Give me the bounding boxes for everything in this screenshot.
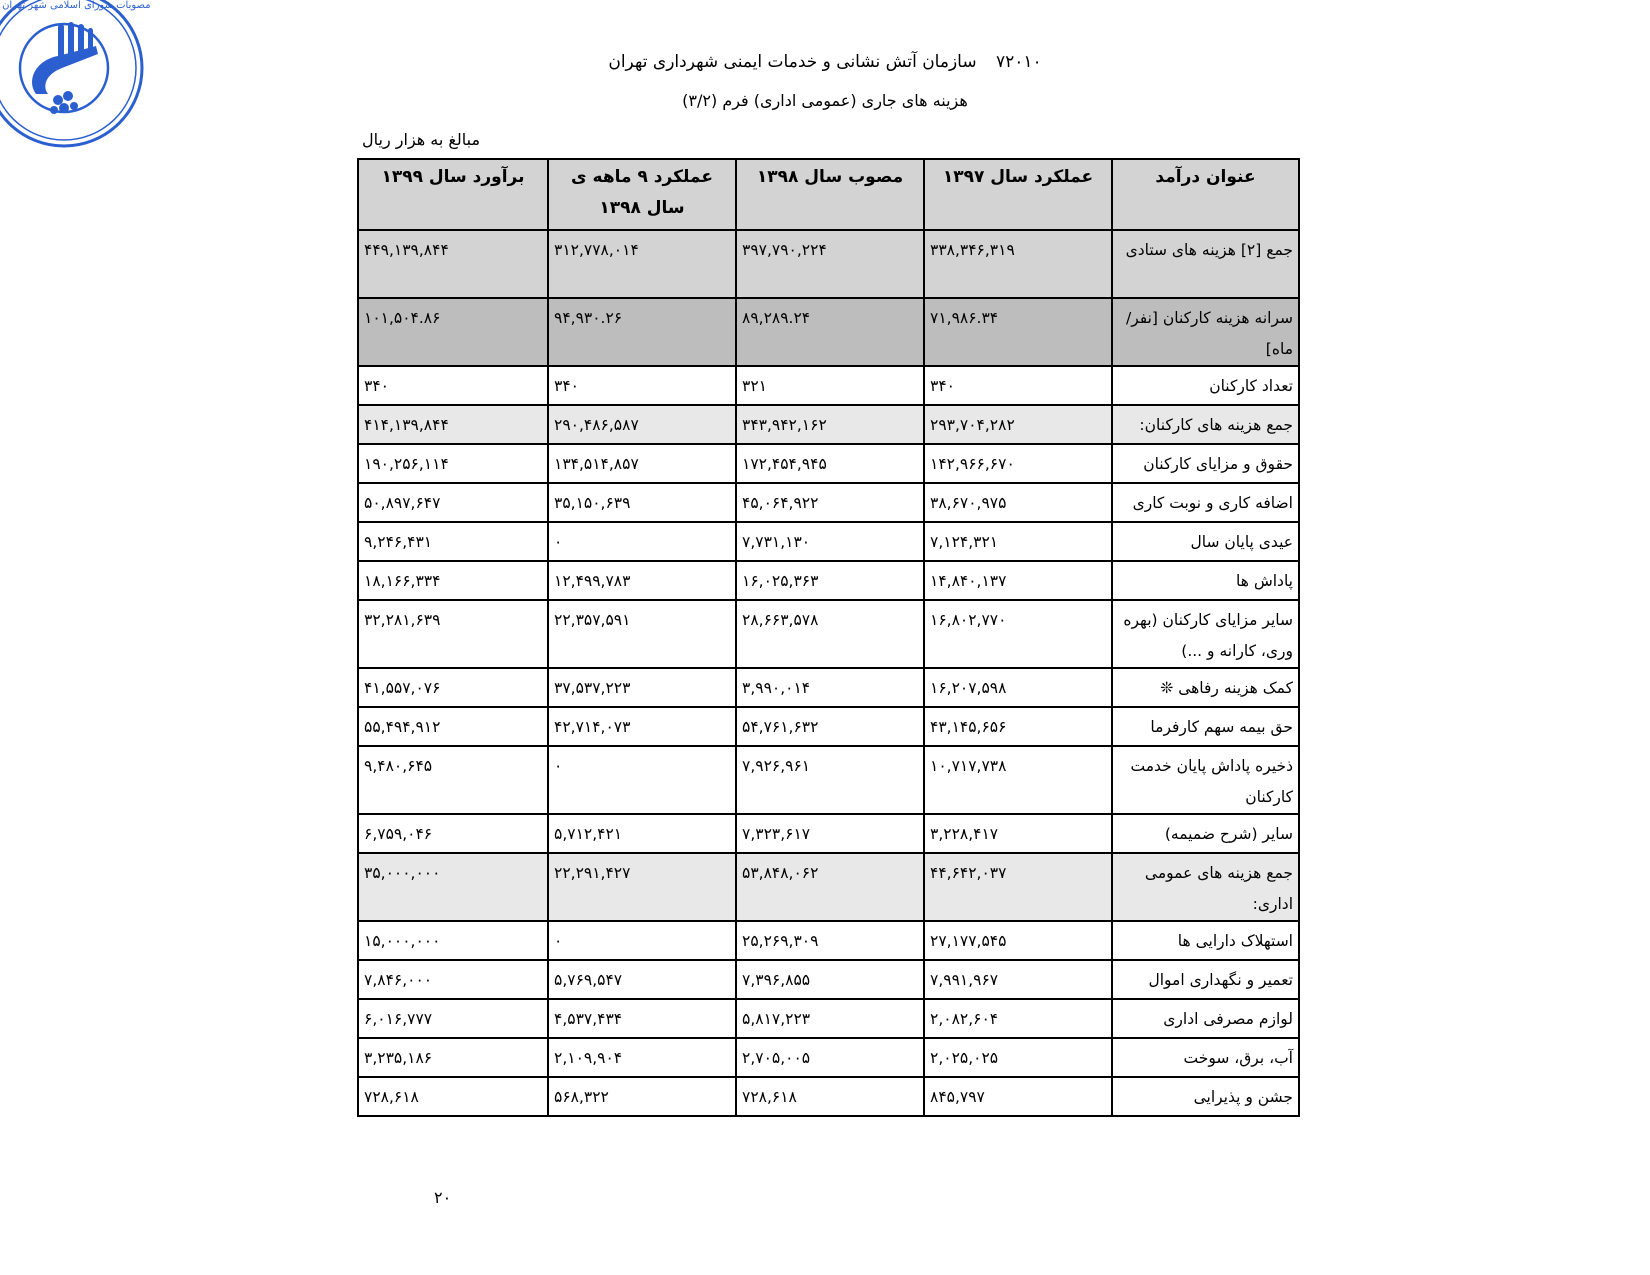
table-row: حق بیمه سهم کارفرما۴۳,۱۴۵,۶۵۶۵۴,۷۶۱,۶۳۲۴… bbox=[358, 707, 1299, 746]
row-value: ۱۳۴,۵۱۴,۸۵۷ bbox=[548, 444, 736, 483]
row-value: ۴۵,۰۶۴,۹۲۲ bbox=[736, 483, 924, 522]
row-value: ۷,۷۳۱,۱۳۰ bbox=[736, 522, 924, 561]
document-title: ۷۲۰۱۰ سازمان آتش نشانی و خدمات ایمنی شهر… bbox=[0, 52, 1650, 72]
table-row: ذخیره پاداش پایان خدمت کارکنان۱۰,۷۱۷,۷۳۸… bbox=[358, 746, 1299, 814]
row-value: ۵۰,۸۹۷,۶۴۷ bbox=[358, 483, 548, 522]
row-value: ۳۸,۶۷۰,۹۷۵ bbox=[924, 483, 1112, 522]
table-row: سرانه هزینه کارکنان [نفر/ماه]۷۱,۹۸۶.۳۴۸۹… bbox=[358, 298, 1299, 366]
column-header-approved-1398: مصوب سال ۱۳۹۸ bbox=[736, 159, 924, 230]
row-value: ۱۰,۷۱۷,۷۳۸ bbox=[924, 746, 1112, 814]
row-value: ۵۵,۴۹۴,۹۱۲ bbox=[358, 707, 548, 746]
row-value: ۴۴,۶۴۲,۰۳۷ bbox=[924, 853, 1112, 921]
row-value: ۷۱,۹۸۶.۳۴ bbox=[924, 298, 1112, 366]
table-row: حقوق و مزایای کارکنان۱۴۲,۹۶۶,۶۷۰۱۷۲,۴۵۴,… bbox=[358, 444, 1299, 483]
row-value: ۷,۹۹۱,۹۶۷ bbox=[924, 960, 1112, 999]
row-label: حقوق و مزایای کارکنان bbox=[1112, 444, 1299, 483]
row-value: ۳۴۰ bbox=[358, 366, 548, 405]
column-header-9month-1398: عملکرد ۹ ماهه ی سال ۱۳۹۸ bbox=[548, 159, 736, 230]
row-label: جمع هزینه های کارکنان: bbox=[1112, 405, 1299, 444]
row-value: ۳,۹۹۰,۰۱۴ bbox=[736, 668, 924, 707]
row-value: ۴,۵۳۷,۴۳۴ bbox=[548, 999, 736, 1038]
row-value: ۳,۲۳۵,۱۸۶ bbox=[358, 1038, 548, 1077]
row-value: ۲۵,۲۶۹,۳۰۹ bbox=[736, 921, 924, 960]
row-value: ۱۷۲,۴۵۴,۹۴۵ bbox=[736, 444, 924, 483]
row-label: جشن و پذیرایی bbox=[1112, 1077, 1299, 1116]
organization-name: سازمان آتش نشانی و خدمات ایمنی شهرداری ت… bbox=[608, 52, 976, 72]
row-value: ۹۴,۹۳۰.۲۶ bbox=[548, 298, 736, 366]
row-value: ۵۶۸,۳۲۲ bbox=[548, 1077, 736, 1116]
column-header-title: عنوان درآمد bbox=[1112, 159, 1299, 230]
row-value: ۵,۷۶۹,۵۴۷ bbox=[548, 960, 736, 999]
row-value: ۲۸,۶۶۳,۵۷۸ bbox=[736, 600, 924, 668]
row-value: ۳۱۲,۷۷۸,۰۱۴ bbox=[548, 230, 736, 298]
row-value: ۷,۳۲۳,۶۱۷ bbox=[736, 814, 924, 853]
row-value: ۷,۸۴۶,۰۰۰ bbox=[358, 960, 548, 999]
row-label: سایر (شرح ضمیمه) bbox=[1112, 814, 1299, 853]
table-row: تعداد کارکنان۳۴۰۳۲۱۳۴۰۳۴۰ bbox=[358, 366, 1299, 405]
table-row: جمع [۲] هزینه های ستادی۳۳۸,۳۴۶,۳۱۹۳۹۷,۷۹… bbox=[358, 230, 1299, 298]
row-label: اضافه کاری و نوبت کاری bbox=[1112, 483, 1299, 522]
row-value: ۱۴۲,۹۶۶,۶۷۰ bbox=[924, 444, 1112, 483]
page-number: ۲۰ bbox=[434, 1188, 451, 1207]
row-value: ۳۴۰ bbox=[924, 366, 1112, 405]
table-row: جمع هزینه های کارکنان:۲۹۳,۷۰۴,۲۸۲۳۴۳,۹۴۲… bbox=[358, 405, 1299, 444]
row-value: ۶,۷۵۹,۰۴۶ bbox=[358, 814, 548, 853]
table-row: اضافه کاری و نوبت کاری۳۸,۶۷۰,۹۷۵۴۵,۰۶۴,۹… bbox=[358, 483, 1299, 522]
row-label: لوازم مصرفی اداری bbox=[1112, 999, 1299, 1038]
row-value: ۳,۲۲۸,۴۱۷ bbox=[924, 814, 1112, 853]
table-row: استهلاک دارایی ها۲۷,۱۷۷,۵۴۵۲۵,۲۶۹,۳۰۹۰۱۵… bbox=[358, 921, 1299, 960]
row-value: ۸۴۵,۷۹۷ bbox=[924, 1077, 1112, 1116]
row-value: ۶,۰۱۶,۷۷۷ bbox=[358, 999, 548, 1038]
row-value: ۲,۰۸۲,۶۰۴ bbox=[924, 999, 1112, 1038]
row-label: کمک هزینه رفاهی ❊ bbox=[1112, 668, 1299, 707]
row-value: ۱۰۱,۵۰۴.۸۶ bbox=[358, 298, 548, 366]
form-code: ۷۲۰۱۰ bbox=[996, 52, 1042, 72]
row-value: ۹,۲۴۶,۴۳۱ bbox=[358, 522, 548, 561]
row-value: ۵۴,۷۶۱,۶۳۲ bbox=[736, 707, 924, 746]
column-header-estimate-1399: برآورد سال ۱۳۹۹ bbox=[358, 159, 548, 230]
row-value: ۰ bbox=[548, 522, 736, 561]
row-value: ۹,۴۸۰,۶۴۵ bbox=[358, 746, 548, 814]
row-value: ۳۲,۲۸۱,۶۳۹ bbox=[358, 600, 548, 668]
row-value: ۴۲,۷۱۴,۰۷۳ bbox=[548, 707, 736, 746]
table-row: پاداش ها۱۴,۸۴۰,۱۳۷۱۶,۰۲۵,۳۶۳۱۲,۴۹۹,۷۸۳۱۸… bbox=[358, 561, 1299, 600]
row-value: ۲۹۳,۷۰۴,۲۸۲ bbox=[924, 405, 1112, 444]
row-value: ۲,۱۰۹,۹۰۴ bbox=[548, 1038, 736, 1077]
row-label: تعمیر و نگهداری اموال bbox=[1112, 960, 1299, 999]
row-value: ۷,۳۹۶,۸۵۵ bbox=[736, 960, 924, 999]
row-label: عیدی پایان سال bbox=[1112, 522, 1299, 561]
stamp-text: مصوبات شورای اسلامی شهر تهران ۱۳۹۸ bbox=[0, 0, 151, 11]
row-label: جمع هزینه های عمومی اداری: bbox=[1112, 853, 1299, 921]
row-value: ۷,۹۲۶,۹۶۱ bbox=[736, 746, 924, 814]
council-seal-stamp: مصوبات شورای اسلامی شهر تهران ۱۳۹۸ bbox=[0, 0, 156, 156]
row-label: آب، برق، سوخت bbox=[1112, 1038, 1299, 1077]
row-value: ۷۲۸,۶۱۸ bbox=[358, 1077, 548, 1116]
row-value: ۸۹,۲۸۹.۲۴ bbox=[736, 298, 924, 366]
row-label: ذخیره پاداش پایان خدمت کارکنان bbox=[1112, 746, 1299, 814]
row-label: پاداش ها bbox=[1112, 561, 1299, 600]
row-value: ۳۵,۰۰۰,۰۰۰ bbox=[358, 853, 548, 921]
row-value: ۴۴۹,۱۳۹,۸۴۴ bbox=[358, 230, 548, 298]
row-value: ۱۹۰,۲۵۶,۱۱۴ bbox=[358, 444, 548, 483]
table-header-row: عنوان درآمد عملکرد سال ۱۳۹۷ مصوب سال ۱۳۹… bbox=[358, 159, 1299, 230]
table-row: آب، برق، سوخت۲,۰۲۵,۰۲۵۲,۷۰۵,۰۰۵۲,۱۰۹,۹۰۴… bbox=[358, 1038, 1299, 1077]
budget-table: عنوان درآمد عملکرد سال ۱۳۹۷ مصوب سال ۱۳۹… bbox=[357, 158, 1300, 1117]
row-value: ۷,۱۲۴,۳۲۱ bbox=[924, 522, 1112, 561]
row-label: سرانه هزینه کارکنان [نفر/ماه] bbox=[1112, 298, 1299, 366]
row-value: ۲۲,۳۵۷,۵۹۱ bbox=[548, 600, 736, 668]
row-value: ۵,۸۱۷,۲۲۳ bbox=[736, 999, 924, 1038]
row-label: استهلاک دارایی ها bbox=[1112, 921, 1299, 960]
table-row: لوازم مصرفی اداری۲,۰۸۲,۶۰۴۵,۸۱۷,۲۲۳۴,۵۳۷… bbox=[358, 999, 1299, 1038]
table-row: سایر (شرح ضمیمه)۳,۲۲۸,۴۱۷۷,۳۲۳,۶۱۷۵,۷۱۲,… bbox=[358, 814, 1299, 853]
row-value: ۵۳,۸۴۸,۰۶۲ bbox=[736, 853, 924, 921]
row-value: ۳۷,۵۳۷,۲۲۳ bbox=[548, 668, 736, 707]
row-value: ۲,۰۲۵,۰۲۵ bbox=[924, 1038, 1112, 1077]
row-value: ۱۵,۰۰۰,۰۰۰ bbox=[358, 921, 548, 960]
row-label: سایر مزایای کارکنان (بهره وری، کارانه و … bbox=[1112, 600, 1299, 668]
row-label: جمع [۲] هزینه های ستادی bbox=[1112, 230, 1299, 298]
row-value: ۷۲۸,۶۱۸ bbox=[736, 1077, 924, 1116]
table-row: سایر مزایای کارکنان (بهره وری، کارانه و … bbox=[358, 600, 1299, 668]
document-subtitle: هزینه های جاری (عمومی اداری) فرم (۳/۲) bbox=[0, 91, 1650, 110]
table-row: تعمیر و نگهداری اموال۷,۹۹۱,۹۶۷۷,۳۹۶,۸۵۵۵… bbox=[358, 960, 1299, 999]
row-value: ۵,۷۱۲,۴۲۱ bbox=[548, 814, 736, 853]
row-value: ۴۳,۱۴۵,۶۵۶ bbox=[924, 707, 1112, 746]
row-value: ۴۱,۵۵۷,۰۷۶ bbox=[358, 668, 548, 707]
row-value: ۳۵,۱۵۰,۶۳۹ bbox=[548, 483, 736, 522]
row-value: ۳۴۰ bbox=[548, 366, 736, 405]
row-value: ۲۲,۲۹۱,۴۲۷ bbox=[548, 853, 736, 921]
row-value: ۱۶,۲۰۷,۵۹۸ bbox=[924, 668, 1112, 707]
row-value: ۴۱۴,۱۳۹,۸۴۴ bbox=[358, 405, 548, 444]
table-row: جشن و پذیرایی۸۴۵,۷۹۷۷۲۸,۶۱۸۵۶۸,۳۲۲۷۲۸,۶۱… bbox=[358, 1077, 1299, 1116]
column-header-actual-1397: عملکرد سال ۱۳۹۷ bbox=[924, 159, 1112, 230]
row-value: ۱۶,۸۰۲,۷۷۰ bbox=[924, 600, 1112, 668]
row-value: ۱۲,۴۹۹,۷۸۳ bbox=[548, 561, 736, 600]
row-value: ۲,۷۰۵,۰۰۵ bbox=[736, 1038, 924, 1077]
row-value: ۱۶,۰۲۵,۳۶۳ bbox=[736, 561, 924, 600]
unit-note: مبالغ به هزار ریال bbox=[362, 130, 480, 149]
row-value: ۳۴۳,۹۴۲,۱۶۲ bbox=[736, 405, 924, 444]
row-value: ۲۹۰,۴۸۶,۵۸۷ bbox=[548, 405, 736, 444]
table-row: عیدی پایان سال۷,۱۲۴,۳۲۱۷,۷۳۱,۱۳۰۰۹,۲۴۶,۴… bbox=[358, 522, 1299, 561]
row-value: ۰ bbox=[548, 921, 736, 960]
row-value: ۳۹۷,۷۹۰,۲۲۴ bbox=[736, 230, 924, 298]
row-value: ۳۲۱ bbox=[736, 366, 924, 405]
row-value: ۱۸,۱۶۶,۳۳۴ bbox=[358, 561, 548, 600]
row-value: ۳۳۸,۳۴۶,۳۱۹ bbox=[924, 230, 1112, 298]
row-value: ۱۴,۸۴۰,۱۳۷ bbox=[924, 561, 1112, 600]
row-value: ۲۷,۱۷۷,۵۴۵ bbox=[924, 921, 1112, 960]
row-value: ۰ bbox=[548, 746, 736, 814]
row-label: تعداد کارکنان bbox=[1112, 366, 1299, 405]
row-label: حق بیمه سهم کارفرما bbox=[1112, 707, 1299, 746]
table-row: کمک هزینه رفاهی ❊۱۶,۲۰۷,۵۹۸۳,۹۹۰,۰۱۴۳۷,۵… bbox=[358, 668, 1299, 707]
table-row: جمع هزینه های عمومی اداری:۴۴,۶۴۲,۰۳۷۵۳,۸… bbox=[358, 853, 1299, 921]
